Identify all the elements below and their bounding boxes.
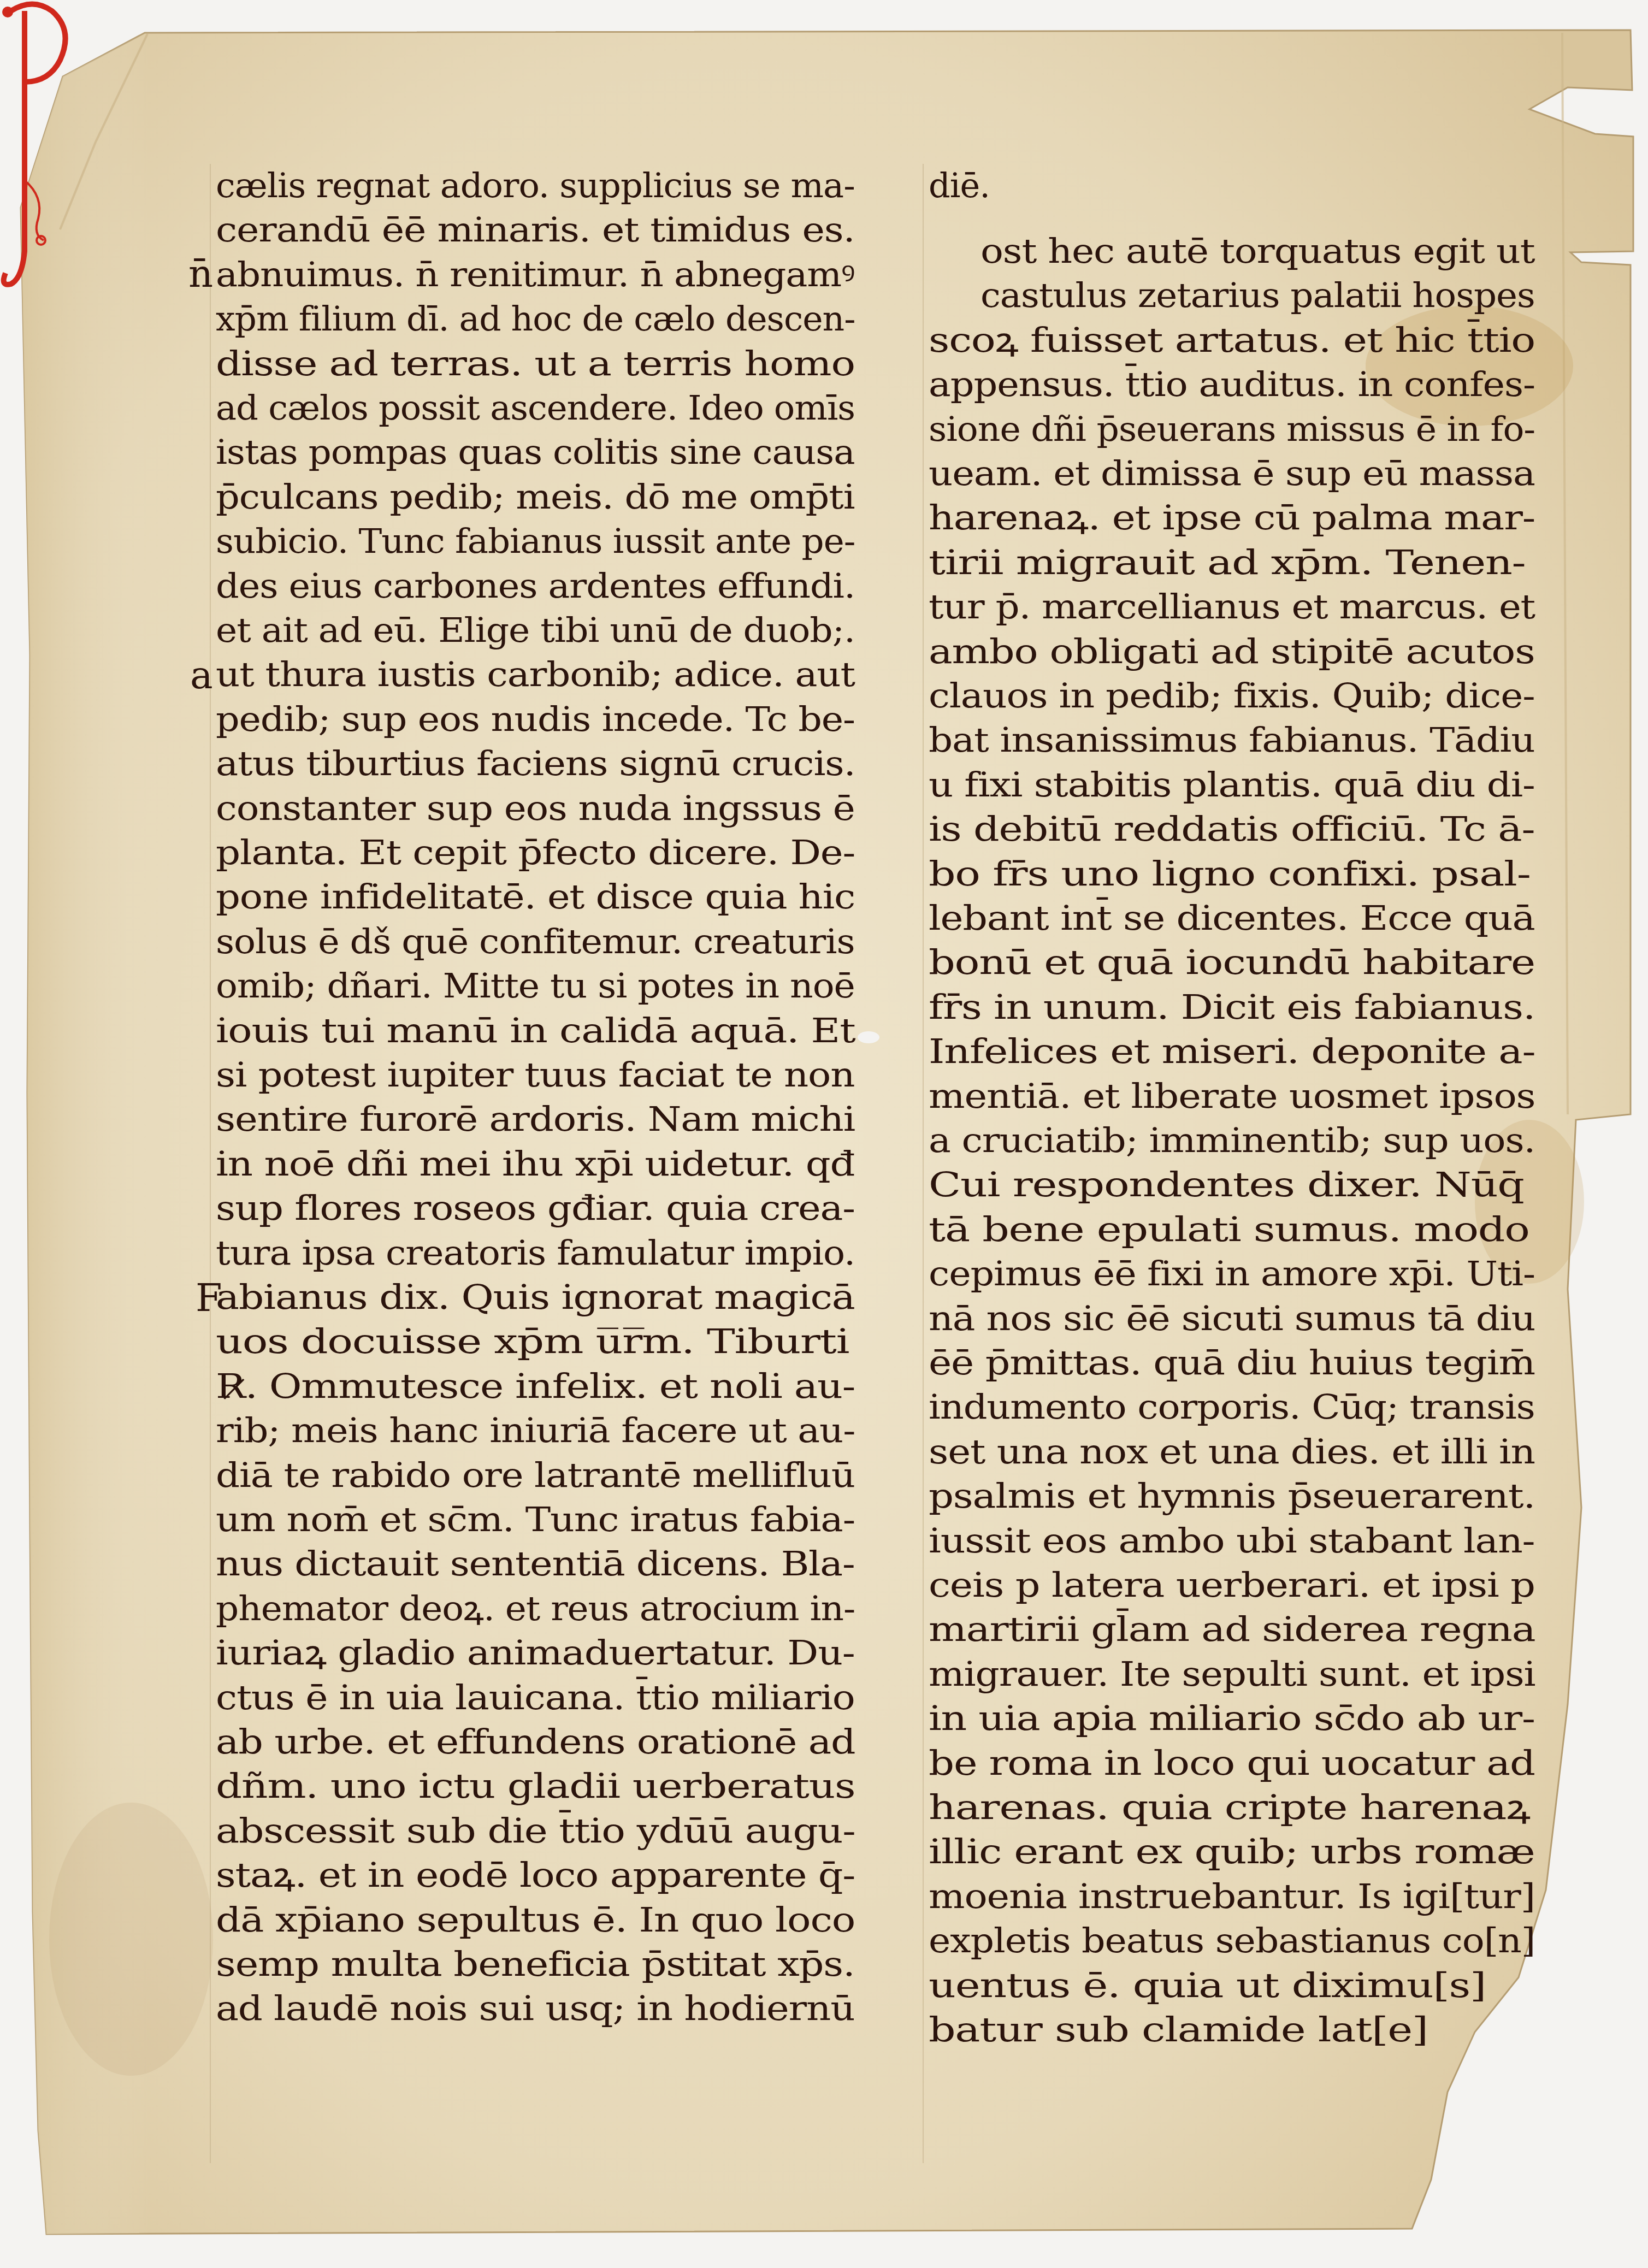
text-line: solus ē dš quē confitemur. creaturis bbox=[216, 920, 855, 964]
text-line: diē. bbox=[929, 164, 990, 208]
text-line: clauos in pedib; fixis. Quib; dice- bbox=[929, 674, 1534, 718]
text-line: R̷. Ommutesce infelix. et noli au- bbox=[216, 1365, 855, 1408]
text-line: cælis regnat adoro. supplicius se ma- bbox=[216, 164, 855, 208]
manuscript-leaf: cælis regnat adoro. supplicius se ma- ce… bbox=[0, 0, 1648, 2268]
text-line: xp̄m filium dī. ad hoc de cælo descen- bbox=[216, 297, 855, 341]
text-line: planta. Et cepit p̄fecto dicere. De- bbox=[216, 831, 855, 875]
text-line: ab urbe. et effundens orationē ad bbox=[216, 1720, 855, 1764]
text-line: ceis p latera uerberari. et ipsi p bbox=[929, 1563, 1535, 1607]
text-line: is debitū reddatis officiū. Tc ā- bbox=[929, 807, 1535, 851]
text-line: set una nox et una dies. et illi in bbox=[929, 1430, 1535, 1474]
text-line: uentus ē. quia ut diximu[s] bbox=[929, 1964, 1486, 2007]
text-line: nā nos sic ēē sicuti sumus tā diu bbox=[929, 1297, 1535, 1340]
text-line: ad laudē nois sui usq; in hodiernū bbox=[216, 1987, 854, 2030]
text-line: ēē p̄mittas. quā diu huius tegim̄ bbox=[929, 1341, 1535, 1385]
margin-letter: a bbox=[190, 653, 213, 698]
text-line: bo fr̄s uno ligno confixi. psal- bbox=[929, 852, 1531, 896]
text-line: bonū et quā iocundū habitare bbox=[929, 941, 1535, 984]
text-line: fr̄s in unum. Dicit eis fabianus. bbox=[929, 985, 1535, 1029]
text-line: tur p̄. marcellianus et marcus. et bbox=[929, 585, 1535, 629]
text-line: ost hec autē torquatus egit ut bbox=[980, 229, 1534, 273]
parchment-hole bbox=[858, 1031, 879, 1043]
text-line: u fixi stabitis plantis. quā diu di- bbox=[929, 763, 1535, 807]
text-line: expletis beatus sebastianus co[n] bbox=[929, 1919, 1535, 1963]
text-line: phemator deoꝝ. et reus atrocium in- bbox=[216, 1587, 855, 1631]
text-line: iouis tui manū in calidā aquā. Et bbox=[216, 1009, 855, 1053]
text-line: constanter sup eos nuda ingssus ē bbox=[216, 787, 855, 830]
text-line: harenaꝝ. et ipse cū palma mar- bbox=[929, 496, 1535, 540]
text-line: ut thura iustis carbonib; adice. aut bbox=[216, 653, 855, 696]
text-line: abianus dix. Quis ignorat magicā bbox=[216, 1275, 855, 1319]
text-line: staꝝ. et in eodē loco apparente q̄- bbox=[216, 1853, 855, 1897]
text-line: be roma in loco qui uocatur ad bbox=[929, 1741, 1535, 1785]
decorated-initial-p bbox=[0, 0, 76, 306]
text-line: uos docuisse xp̄m u̅r̅m. Tiburti bbox=[216, 1320, 849, 1363]
text-line: des eius carbones ardentes effundi. bbox=[216, 564, 855, 608]
text-line: cerandū ēē minaris. et timidus es. bbox=[216, 208, 855, 252]
text-line: et ait ad eū. Elige tibi unū de duob;. bbox=[216, 609, 855, 652]
text-line: istas pompas quas colitis sine causa bbox=[216, 430, 854, 474]
text-line: abscessit sub die t̄tio ydūū augu- bbox=[216, 1809, 855, 1853]
text-line: lebant int̄ se dicentes. Ecce quā bbox=[929, 896, 1535, 940]
text-line: dā xp̄iano sepultus ē. In quo loco bbox=[216, 1898, 855, 1942]
text-line: migrauer. Ite sepulti sunt. et ipsi bbox=[929, 1652, 1535, 1696]
text-line: tura ipsa creatoris famulatur impio. bbox=[216, 1231, 855, 1275]
text-line: moenia instruebantur. Is igi[tur] bbox=[929, 1875, 1535, 1918]
text-line: appensus. t̄tio auditus. in confes- bbox=[929, 363, 1535, 406]
margin-letter: n̄ bbox=[188, 251, 213, 296]
text-line: ctus ē in uia lauicana. t̄tio miliario bbox=[216, 1676, 855, 1720]
text-line: semp multa beneficia p̄stitat xp̄s. bbox=[216, 1942, 855, 1986]
text-line: illic erant ex quib; urbs romæ bbox=[929, 1830, 1534, 1874]
text-line: pedib; sup eos nudis incede. Tc be- bbox=[216, 698, 855, 741]
text-line: nus dictauit sententiā dicens. Bla- bbox=[216, 1542, 855, 1586]
text-line: indumento corporis. Cūq; transis bbox=[929, 1385, 1535, 1429]
text-line: disse ad terras. ut a terris homo bbox=[216, 342, 855, 386]
text-line: subicio. Tunc fabianus iussit ante pe- bbox=[216, 519, 855, 563]
text-line: in uia apia miliario sc̄do ab ur- bbox=[929, 1697, 1535, 1740]
text-line: ueam. et dimissa ē sup eū massa bbox=[929, 452, 1535, 495]
text-line: p̄culcans pedib; meis. dō me omp̄ti bbox=[216, 475, 854, 519]
text-line: ad cælos possit ascendere. Ideo omīs bbox=[216, 386, 855, 430]
text-line: sup flores roseos gđiar. quia crea- bbox=[216, 1186, 855, 1230]
text-line: in noē dñi mei ihu xp̄i uidetur. qđ bbox=[216, 1142, 854, 1186]
text-line: bat insanissimus fabianus. Tādiu bbox=[929, 718, 1534, 762]
text-line: tirii migrauit ad xp̄m. Tenen- bbox=[929, 541, 1526, 584]
text-line: batur sub clamide lat[e] bbox=[929, 2008, 1428, 2052]
text-line: diā te rabido ore latrantē mellifluū bbox=[216, 1454, 855, 1497]
text-line: pone infidelitatē. et disce quia hic bbox=[216, 875, 855, 919]
text-line: iussit eos ambo ubi stabant lan- bbox=[929, 1519, 1535, 1563]
text-line: castulus zetarius palatii hospes bbox=[980, 274, 1535, 317]
text-line: Cui respondentes dixer. Nūq̄ bbox=[929, 1163, 1524, 1207]
text-line: harenas. quia cripte harenaꝝ bbox=[929, 1786, 1530, 1829]
text-line: sione dñi p̄seuerans missus ē in fo- bbox=[929, 407, 1535, 451]
text-line: omib; dñari. Mitte tu si potes in noē bbox=[216, 964, 855, 1008]
text-line: abnuimus. n̄ renitimur. n̄ abnegamꝰ bbox=[216, 253, 855, 297]
text-line: cepimus ēē fixi in amore xp̄i. Uti- bbox=[929, 1252, 1535, 1296]
text-line: sentire furorē ardoris. Nam michi bbox=[216, 1097, 855, 1141]
text-line: um nom̄ et sc̄m. Tunc iratus fabia- bbox=[216, 1498, 855, 1541]
text-line: scoꝝ fuisset artatus. et hic t̄tio bbox=[929, 318, 1535, 362]
text-line: iuriaꝝ gladio animaduertatur. Du- bbox=[216, 1631, 855, 1675]
text-line: ambo obligati ad stipitē acutos bbox=[929, 630, 1535, 674]
text-line: si potest iupiter tuus faciat te non bbox=[216, 1053, 854, 1097]
text-line: psalmis et hymnis p̄seuerarent. bbox=[929, 1474, 1535, 1518]
text-line: atus tiburtius faciens signū crucis. bbox=[216, 742, 855, 785]
text-line: Infelices et miseri. deponite a- bbox=[929, 1030, 1535, 1073]
text-line: a cruciatib; imminentib; sup uos. bbox=[929, 1119, 1535, 1162]
margin-letter: F bbox=[196, 1275, 222, 1320]
text-line: tā bene epulati sumus. modo bbox=[929, 1208, 1529, 1251]
text-line: rib; meis hanc iniuriā facere ut au- bbox=[216, 1409, 855, 1452]
text-line: martirii gl̄am ad siderea regna bbox=[929, 1608, 1535, 1651]
text-line: dñm. uno ictu gladii uerberatus bbox=[216, 1764, 855, 1808]
text-line: mentiā. et liberate uosmet ipsos bbox=[929, 1074, 1535, 1118]
